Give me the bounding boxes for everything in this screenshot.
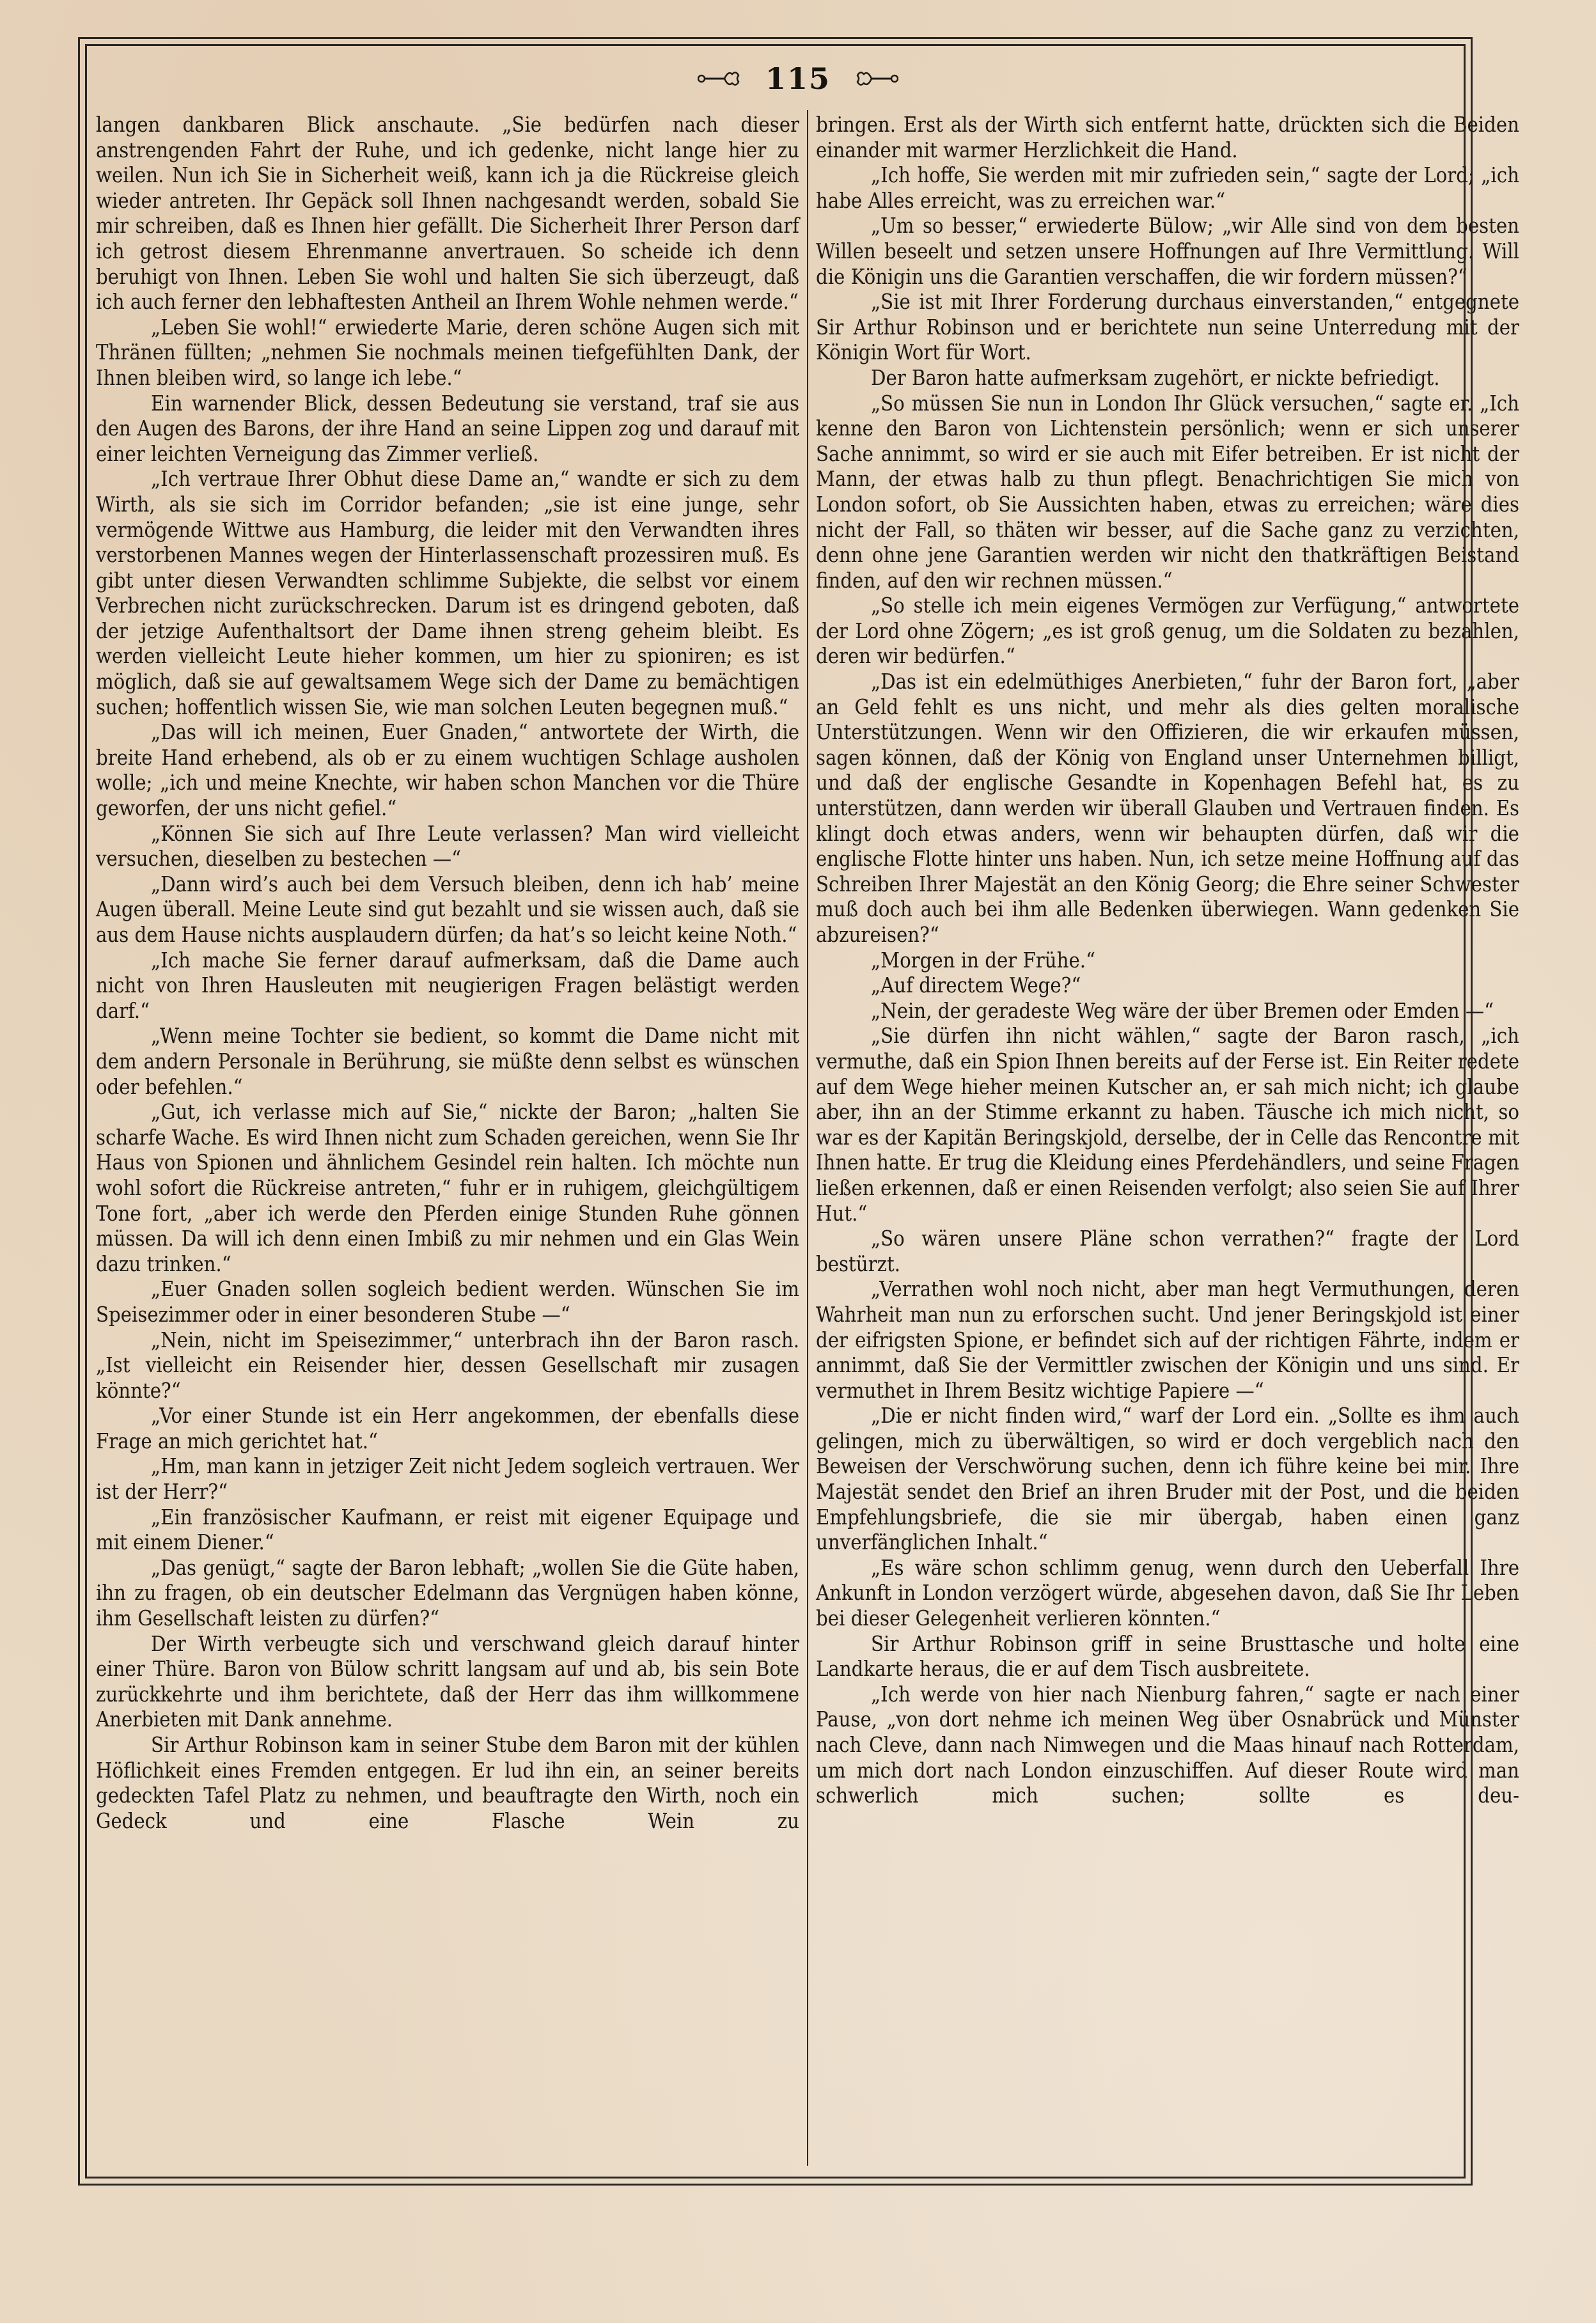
paragraph: „Gut, ich verlasse mich auf Sie,“ nickte… (96, 1100, 799, 1277)
paragraph: langen dankbaren Blick anschaute. „Sie b… (96, 113, 799, 315)
text-column-left: langen dankbaren Blick anschaute. „Sie b… (96, 113, 799, 1834)
paragraph: „Hm, man kann in jetziger Zeit nicht Jed… (96, 1454, 799, 1505)
paragraph: „Das will ich meinen, Euer Gnaden,“ antw… (96, 720, 799, 821)
paragraph: „Ich vertraue Ihrer Obhut diese Dame an,… (96, 467, 799, 720)
paragraph: „Das ist ein edelmüthiges Anerbieten,“ f… (816, 669, 1519, 948)
paragraph: Der Wirth verbeugte sich und verschwand … (96, 1632, 799, 1733)
paragraph: „Dann wird’s auch bei dem Versuch bleibe… (96, 872, 799, 948)
paragraph: „Vor einer Stunde ist ein Herr angekomme… (96, 1404, 799, 1454)
page-number: 115 (765, 61, 831, 96)
paragraph: Sir Arthur Robinson griff in seine Brust… (816, 1632, 1519, 1682)
paragraph: „Das genügt,“ sagte der Baron lebhaft; „… (96, 1556, 799, 1632)
paragraph: „Nein, nicht im Speisezimmer,“ unterbrac… (96, 1328, 799, 1404)
paragraph: Ein warnender Blick, dessen Bedeutung si… (96, 391, 799, 467)
flourish-left-icon (698, 68, 742, 90)
paragraph: „So müssen Sie nun in London Ihr Glück v… (816, 391, 1519, 594)
paragraph: „Morgen in der Frühe.“ (816, 948, 1519, 974)
paragraph: „Ich hoffe, Sie werden mit mir zufrieden… (816, 163, 1519, 214)
paragraph: „Auf directem Wege?“ (816, 973, 1519, 999)
paragraph: „Wenn meine Tochter sie bedient, so komm… (96, 1024, 799, 1100)
paragraph: „Um so besser,“ erwiederte Bülow; „wir A… (816, 214, 1519, 290)
paragraph: Sir Arthur Robinson kam in seiner Stube … (96, 1733, 799, 1834)
paragraph: „Verrathen wohl noch nicht, aber man heg… (816, 1277, 1519, 1404)
paragraph: „Sie ist mit Ihrer Forderung durchaus ei… (816, 290, 1519, 366)
paragraph: „Ich mache Sie ferner darauf aufmerksam,… (96, 948, 799, 1024)
paragraph: „Ein französischer Kaufmann, er reist mi… (96, 1505, 799, 1556)
paragraph: „Es wäre schon schlimm genug, wenn durch… (816, 1556, 1519, 1632)
page-header: 115 (0, 56, 1596, 101)
paragraph: „So wären unsere Pläne schon verrathen?“… (816, 1226, 1519, 1277)
paragraph: „Die er nicht finden wird,“ warf der Lor… (816, 1404, 1519, 1556)
paragraph: „Ich werde von hier nach Nienburg fahren… (816, 1682, 1519, 1809)
column-divider (807, 110, 808, 2166)
paragraph: bringen. Erst als der Wirth sich entfern… (816, 113, 1519, 163)
paragraph: „Sie dürfen ihn nicht wählen,“ sagte der… (816, 1024, 1519, 1226)
paragraph: „Können Sie sich auf Ihre Leute verlasse… (96, 822, 799, 872)
paragraph: „Leben Sie wohl!“ erwiederte Marie, dere… (96, 315, 799, 391)
paragraph: „Nein, der geradeste Weg wäre der über B… (816, 999, 1519, 1024)
paragraph: Der Baron hatte aufmerksam zugehört, er … (816, 366, 1519, 391)
flourish-right-icon (854, 68, 898, 90)
text-column-right: bringen. Erst als der Wirth sich entfern… (816, 113, 1519, 1809)
paragraph: „Euer Gnaden sollen sogleich bedient wer… (96, 1277, 799, 1327)
paragraph: „So stelle ich mein eigenes Vermögen zur… (816, 593, 1519, 669)
